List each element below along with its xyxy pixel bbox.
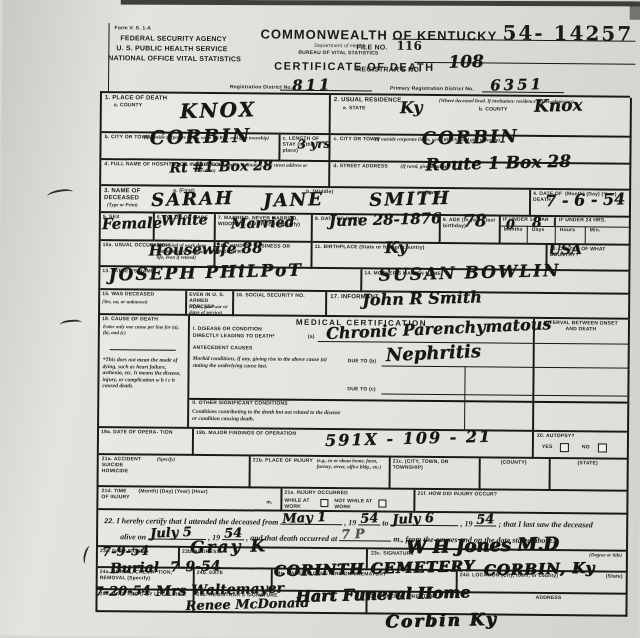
hw-age: 78: [463, 211, 487, 232]
antecedent-label: ANTECEDENT CAUSES: [193, 346, 253, 352]
hw-occupation: Housewife 88: [148, 239, 262, 260]
file-no-label: FILE NO.: [356, 44, 387, 52]
scanned-death-certificate: Form V. S. 1-A FEDERAL SECURITY AGENCY U…: [0, 0, 640, 638]
hw-middle-name: JANE: [263, 189, 324, 212]
hw-burial-date: 7-9-54: [170, 558, 221, 575]
autopsy-label: 20. AUTOPSY?: [537, 434, 575, 440]
file-no-value: 116: [396, 40, 422, 54]
major-findings-label: 19b. MAJOR FINDINGS OF OPERATION: [196, 431, 296, 438]
scan-artifact-corner: [630, 6, 640, 20]
while-at-work-checkbox: [320, 499, 328, 507]
hours-min-divider: [585, 226, 586, 243]
hours-label: Hours: [560, 228, 576, 234]
time-of-injury-cols: (Month) (Day) (Year) (Hour): [138, 489, 258, 496]
cert-to-value: July 6: [392, 511, 434, 529]
ssn-label: 16. SOCIAL SECURITY NO.: [236, 293, 322, 300]
acc-note: (Specify): [157, 458, 175, 464]
disease-label-2: DIRECTLY LEADING TO DEATH*: [193, 334, 275, 340]
due-to-b-rule: [382, 366, 533, 368]
field-place-of-injury: 21b. PLACE OF INJURY (e.g., in or about …: [251, 456, 391, 489]
cert-number: 22.: [104, 518, 114, 525]
file-stamp-number: 54- 14257: [502, 22, 633, 46]
cert-year2-value: 54: [476, 512, 495, 529]
injury-occurred-label: 21e. INJURY OCCURRED: [284, 491, 348, 497]
while-at-work-label: WHILE AT WORK: [284, 499, 318, 511]
line-a-label: (a): [308, 335, 315, 341]
hw-street-address: Route 1 Box 28: [425, 152, 571, 176]
date-of-operation-label: 19a. DATE OF OPERA- TION: [101, 430, 189, 437]
other-conditions-label: II. OTHER SIGNIFICANT CONDITIONS: [192, 401, 288, 408]
funeral-director-address-label: ADDRESS: [536, 596, 562, 602]
primary-reg-district-label: Primary Registration District No.: [390, 87, 474, 93]
hw-informant: John R Smith: [362, 287, 482, 309]
field-cause-of-death-stub: 18. CAUSE OF DEATH Enter only one cause …: [99, 315, 190, 429]
hw-birthplace: Ky: [384, 237, 407, 257]
acc-label: 21a. ACCIDENT SUICIDE HOMICIDE: [102, 457, 150, 475]
registrars-no-label: REGISTRAR'S NO.: [356, 66, 421, 75]
injury-city-label: 21c. (CITY, TOWN, OR TOWNSHIP): [393, 460, 477, 472]
hw-residence-city: CORBIN: [421, 126, 519, 150]
field-ssn: 16. SOCIAL SECURITY NO.: [234, 291, 327, 317]
name-note: (Type or Print): [107, 203, 138, 209]
form-number: Form V. S. 1-A: [115, 26, 152, 32]
how-injury-label: 21f. HOW DID INJURY OCCUR?: [417, 492, 497, 498]
hw-burial-type: Burial: [110, 560, 160, 577]
hw-physician-signature: W H Jones M.D: [406, 533, 560, 558]
hw-citizen: USA: [548, 242, 582, 259]
residence-county-label: b. COUNTY: [479, 107, 508, 113]
field-how-injury-occurred: 21f. HOW DID INJURY OCCUR?: [415, 490, 628, 515]
hw-last-name: SMITH: [369, 188, 451, 211]
autopsy-yes-label: YES: [542, 445, 553, 451]
min-label: Min.: [590, 228, 601, 234]
cert-from-value: May 1: [282, 510, 327, 528]
field-injury-city: 21c. (CITY, TOWN, OR TOWNSHIP): [391, 458, 481, 491]
cert-19b: , 19: [461, 519, 473, 528]
cert-hour-blank: 7 P: [339, 532, 391, 541]
place-of-death-county-label: a. COUNTY: [114, 103, 143, 109]
certificate-sheet: Form V. S. 1-A FEDERAL SECURITY AGENCY U…: [0, 0, 640, 638]
interval-rule-b: [535, 367, 628, 369]
place-of-injury-note: (e.g., in or about home, farm, factory, …: [317, 459, 387, 472]
street-address-label: d. STREET ADDRESS: [333, 164, 388, 170]
autopsy-no-checkbox: [598, 443, 607, 452]
hw-length-of-stay: 3 yrs: [297, 137, 330, 152]
autopsy-yes-checkbox: [560, 443, 569, 452]
field-accident-suicide-homicide: 21a. ACCIDENT SUICIDE HOMICIDE (Specify): [99, 455, 251, 488]
hw-death-county: KNOX: [180, 97, 257, 123]
hw-cemetery-location: CORBIN, Ky: [484, 558, 596, 579]
hw-residence-county: Knox: [534, 95, 583, 116]
commonwealth-title: COMMONWEALTH OF KENTUCKY: [260, 27, 497, 44]
usual-residence-label: 2. USUAL RESIDENCE: [334, 97, 402, 104]
agency-line-3: NATIONAL OFFICE VITAL STATISTICS: [108, 55, 241, 64]
field-interval-onset-death: INTERVAL BETWEEN ONSET AND DEATH: [534, 319, 630, 433]
cause-inner-divider: [464, 366, 466, 429]
hw-date-signed: 7-9-54: [102, 544, 149, 560]
days-hours-divider: [555, 217, 556, 243]
cert-text-4: alive on: [120, 532, 146, 541]
hw-date-received: 7-20-54: [94, 584, 150, 600]
hw-months: 0: [506, 218, 515, 233]
hw-physician-address: Gray K: [190, 536, 268, 558]
hw-first-name: SARAH: [151, 188, 234, 211]
stray-pen-mark-1: [47, 188, 74, 201]
cert-year1-value: 54: [360, 511, 379, 528]
armed-forces-note1: (Yes, no, or unknown): [102, 300, 147, 306]
antecedent-note: Morbid conditions, if any, giving rise t…: [193, 356, 333, 370]
hw-sex: Female: [102, 214, 163, 234]
cert-alive-value: July 5: [150, 525, 192, 543]
due-to-c-rule: [381, 394, 532, 396]
cause-footnote: *This does not mean the mode of dying, s…: [102, 357, 184, 391]
time-of-injury-m: m.: [266, 501, 272, 507]
injury-county-label: (COUNTY): [483, 460, 545, 466]
hw-funeral-director-address: Corbin Ky: [385, 610, 498, 633]
field-date-of-operation: 19a. DATE OF OPERA- TION: [99, 428, 194, 456]
cert-year1-blank: 54: [358, 516, 380, 525]
field-armed-forces-a: 15. WAS DECEASED (Yes, no, or unknown): [100, 290, 187, 316]
due-to-b-label: DUE TO (b): [348, 359, 377, 365]
scan-artifact-top-edge: [121, 0, 640, 6]
time-of-injury-label: 21d. TIME OF INJURY: [101, 489, 131, 501]
other-conditions-note: Conditions contributing to the death but…: [192, 409, 342, 423]
cert-text-3: ; that I last saw the deceased: [499, 520, 593, 530]
cert-text-2: to: [382, 519, 388, 528]
stray-pen-mark-3: [82, 545, 94, 564]
residence-city-label: c. CITY OR TOWN: [334, 137, 379, 143]
field-injury-state: (STATE): [551, 459, 629, 492]
hw-days: 8: [532, 215, 542, 231]
cert-hour-value: 7 P: [341, 527, 365, 544]
stray-pen-mark-2: [60, 319, 83, 329]
cemetery-location-state-label: (State): [606, 575, 623, 581]
hw-residence-state: Ky: [400, 97, 423, 117]
field-autopsy: 20. AUTOPSY? YES NO: [534, 432, 629, 460]
cert-year2-blank: 54: [475, 517, 497, 526]
cause-stub-divider: [110, 349, 176, 351]
hw-death-city: CORBIN: [149, 125, 251, 150]
months-days-divider: [527, 226, 528, 243]
injury-state-label: (STATE): [553, 461, 623, 467]
cert-to-blank: July 6: [391, 517, 459, 527]
name-label: 3. NAME OF DECEASED: [104, 188, 154, 202]
field-injury-county: (COUNTY): [481, 458, 551, 491]
hw-marital: Married: [231, 215, 295, 233]
cert-19a: , 19: [344, 518, 356, 527]
interval-rule-c: [534, 395, 627, 397]
under-24-hrs-label: IF UNDER 24 HRS.: [559, 218, 627, 224]
due-to-c-label: DUE TO (c): [347, 387, 375, 393]
hw-cause-line-a2: Nephritis: [385, 341, 481, 366]
not-while-at-work-checkbox: [378, 500, 386, 508]
reg-district-value: 811: [292, 75, 333, 94]
field-time-of-injury: 21d. TIME OF INJURY (Month) (Day) (Year)…: [98, 487, 282, 512]
hw-date-of-death: 7 - 6 - 54: [545, 189, 626, 210]
hw-date-of-birth: June 28-1876: [329, 209, 442, 230]
cause-of-death-label: 18. CAUSE OF DEATH: [102, 317, 186, 323]
residence-state-label: a. STATE: [343, 106, 366, 112]
usual-residence-note: (Where deceased lived. If institution: r…: [439, 99, 619, 107]
armed-forces-label: 15. WAS DECEASED: [102, 292, 154, 298]
field-armed-forces-b: EVER IN U. S. ARMED FORCES? (If yes, giv…: [187, 291, 234, 316]
not-while-at-work-label: NOT WHILE AT WORK: [334, 499, 374, 511]
hw-race: White: [161, 212, 208, 229]
field-injury-occurred: 21e. INJURY OCCURRED WHILE AT WORK NOT W…: [282, 489, 415, 513]
autopsy-no-label: NO: [582, 445, 590, 451]
cert-text-1: I hereby certify that I attended the dec…: [117, 516, 279, 526]
interval-rule-a: [535, 343, 628, 345]
agency-line-1: FEDERAL SECURITY AGENCY: [120, 35, 226, 44]
interval-rule-d: [534, 401, 627, 404]
agency-line-2: U. S. PUBLIC HEALTH SERVICE: [116, 45, 227, 54]
cause-of-death-note: Enter only one cause per line for (a), (…: [103, 325, 183, 338]
hw-hospital-address: Rt #1 Box 28: [169, 158, 273, 177]
place-of-injury-label: 21b. PLACE OF INJURY: [253, 458, 313, 464]
cert-from-blank: May 1: [280, 516, 342, 526]
